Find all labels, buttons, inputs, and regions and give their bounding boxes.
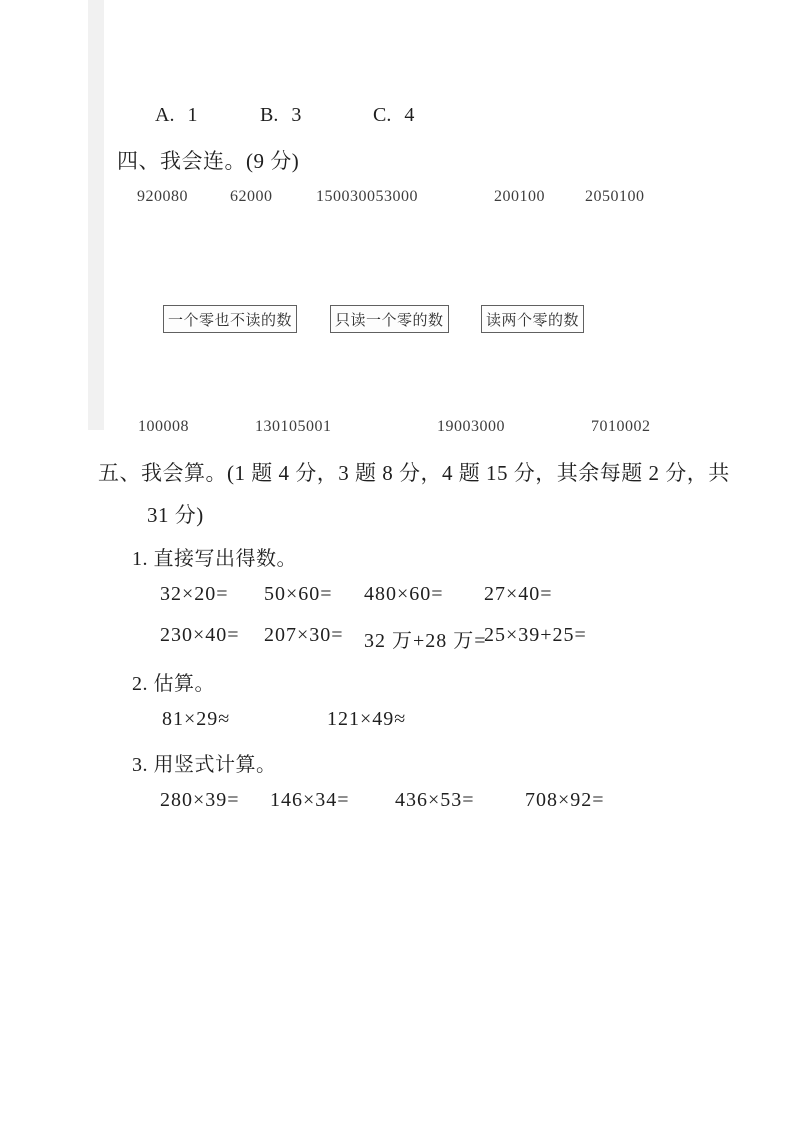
equation: 146×34= <box>270 789 350 812</box>
match-number: 920080 <box>137 188 188 206</box>
section5-title-line1: 五、我会算。(1 题 4 分，3 题 8 分，4 题 15 分，其余每题 2 分… <box>98 457 730 487</box>
equation: 436×53= <box>395 789 475 812</box>
match-number: 7010002 <box>591 418 651 436</box>
equation: 25×39+25= <box>484 624 587 647</box>
match-number: 100008 <box>138 418 189 436</box>
equation: 480×60= <box>364 583 444 606</box>
equation: 50×60= <box>264 583 333 606</box>
option-a: A. 1 <box>155 104 197 127</box>
equation: 81×29≈ <box>162 708 230 731</box>
equation: 207×30= <box>264 624 344 647</box>
match-number: 2050100 <box>585 188 645 206</box>
worksheet-page: A. 1 B. 3 C. 4 四、我会连。(9 分) 920080 62000 … <box>0 0 793 1122</box>
match-number: 130105001 <box>255 418 332 436</box>
equation: 32×20= <box>160 583 229 606</box>
match-number: 150030053000 <box>316 188 418 206</box>
equation: 280×39= <box>160 789 240 812</box>
scan-artifact-strip <box>88 0 104 430</box>
option-b: B. 3 <box>260 104 301 127</box>
section4-title: 四、我会连。(9 分) <box>117 145 299 175</box>
equation: 32 万+28 万= <box>364 624 487 653</box>
match-number: 19003000 <box>437 418 505 436</box>
match-number: 62000 <box>230 188 273 206</box>
equation: 121×49≈ <box>327 708 406 731</box>
equation: 27×40= <box>484 583 553 606</box>
equation: 708×92= <box>525 789 605 812</box>
item2-label: 2. 估算。 <box>132 667 215 696</box>
category-box-one-zero-read: 只读一个零的数 <box>330 305 449 333</box>
option-c: C. 4 <box>373 104 414 127</box>
category-box-two-zeros-read: 读两个零的数 <box>481 305 584 333</box>
item3-label: 3. 用竖式计算。 <box>132 748 277 777</box>
item1-label: 1. 直接写出得数。 <box>132 542 297 571</box>
category-box-no-zero-read: 一个零也不读的数 <box>163 305 297 333</box>
section5-title-line2: 31 分) <box>147 499 204 529</box>
equation: 230×40= <box>160 624 240 647</box>
match-number: 200100 <box>494 188 545 206</box>
